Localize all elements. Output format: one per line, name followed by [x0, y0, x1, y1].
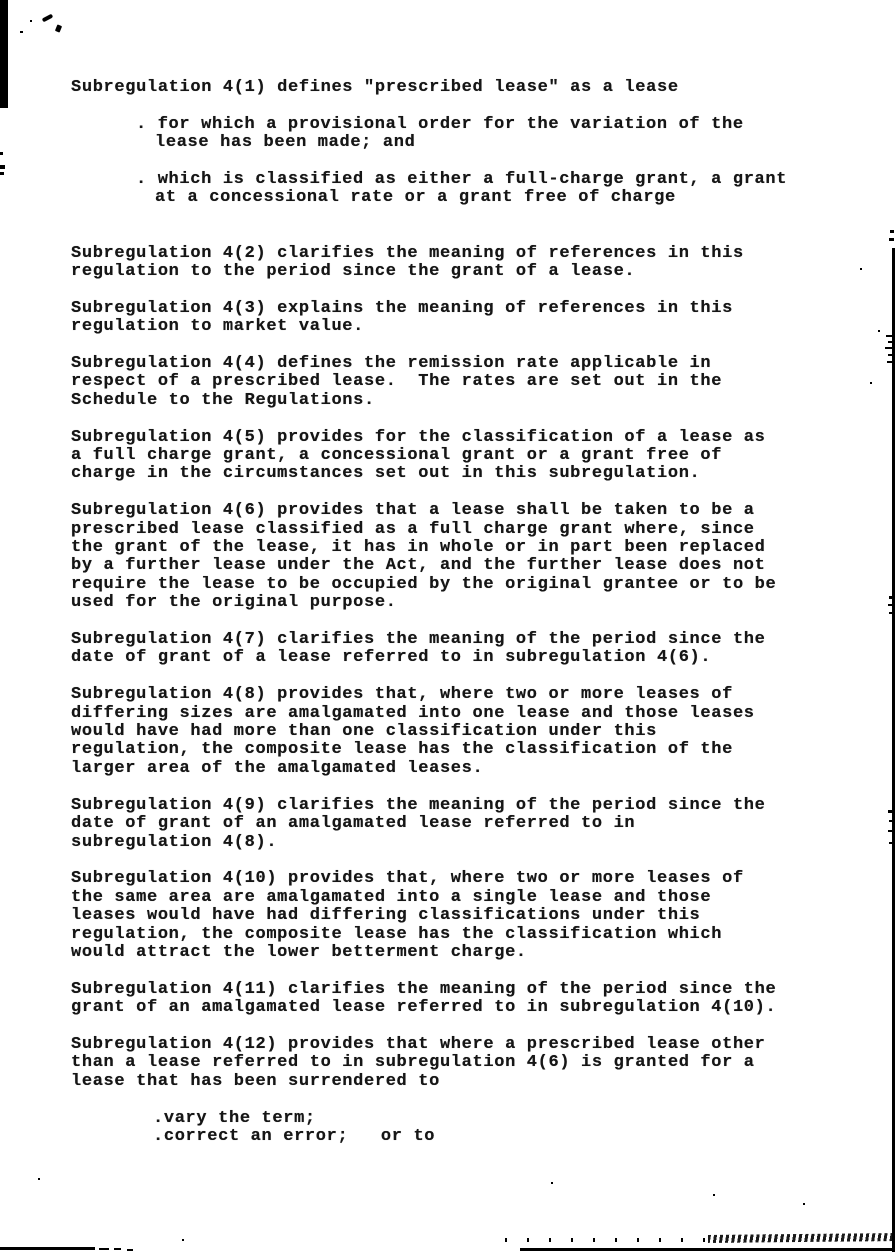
scan-speckle-row [505, 1238, 710, 1242]
bullet-item-classification: . which is classified as either a full-c… [71, 171, 861, 208]
paragraph-4-3: Subregulation 4(3) explains the meaning … [71, 300, 861, 337]
scan-speck [803, 1203, 805, 1205]
pen-mark [55, 24, 62, 32]
scan-bottom-dash [99, 1248, 109, 1250]
scan-edge-mark [890, 230, 894, 233]
paragraph-4-7: Subregulation 4(7) clarifies the meaning… [71, 631, 861, 668]
pen-mark [20, 31, 23, 33]
scan-speck [551, 1182, 553, 1184]
paragraph-4-5: Subregulation 4(5) provides for the clas… [71, 429, 861, 484]
scan-bottom-dash [127, 1249, 133, 1251]
paragraph-4-9: Subregulation 4(9) clarifies the meaning… [71, 797, 861, 852]
paragraph-4-8: Subregulation 4(8) provides that, where … [71, 686, 861, 778]
scan-edge-mark [888, 604, 893, 606]
scan-edge-mark [885, 347, 893, 349]
scan-edge-mark [0, 172, 4, 175]
scan-edge-mark [888, 810, 893, 813]
scan-edge-mark [887, 361, 893, 363]
scan-speck [182, 1239, 184, 1241]
paragraph-4-10: Subregulation 4(10) provides that, where… [71, 870, 861, 962]
scan-edge-mark [0, 165, 5, 169]
scan-speck [860, 268, 862, 270]
scan-edge-mark [886, 335, 893, 337]
scan-edge-mark [889, 842, 893, 844]
scanned-document-page: Subregulation 4(1) defines "prescribed l… [0, 0, 895, 1252]
document-body: Subregulation 4(1) defines "prescribed l… [71, 79, 861, 1165]
scan-speck [870, 382, 872, 384]
paragraph-4-4: Subregulation 4(4) defines the remission… [71, 355, 861, 410]
pen-mark [30, 20, 32, 22]
paragraph-4-2: Subregulation 4(2) clarifies the meaning… [71, 245, 861, 282]
paragraph-4-12: Subregulation 4(12) provides that where … [71, 1036, 861, 1091]
scan-edge-mark [889, 820, 893, 822]
scan-edge-mark [889, 612, 893, 614]
bullet-item-provisional-order: . for which a provisional order for the … [71, 116, 861, 153]
scan-bottom-dash [114, 1248, 121, 1250]
scan-edge-mark [0, 152, 3, 155]
closing-bullet-list: .vary the term; .correct an error; or to [71, 1110, 861, 1147]
scan-edge-mark [888, 354, 893, 356]
pen-mark [42, 14, 54, 23]
scan-edge-mark [889, 596, 893, 599]
scan-edge-mark [888, 830, 893, 832]
scan-edge-bar [0, 0, 8, 108]
scan-smudge [708, 1233, 893, 1243]
scan-edge-mark [889, 238, 894, 241]
paragraph-4-11: Subregulation 4(11) clarifies the meanin… [71, 981, 861, 1018]
scan-speck [878, 330, 880, 332]
paragraph-4-1: Subregulation 4(1) defines "prescribed l… [71, 79, 861, 97]
scan-edge-mark [888, 341, 893, 343]
paragraph-4-6: Subregulation 4(6) provides that a lease… [71, 502, 861, 612]
scan-bottom-line [520, 1248, 895, 1251]
scan-speck [713, 1194, 715, 1196]
scan-bottom-line [0, 1247, 95, 1250]
scan-speck [38, 1178, 40, 1180]
